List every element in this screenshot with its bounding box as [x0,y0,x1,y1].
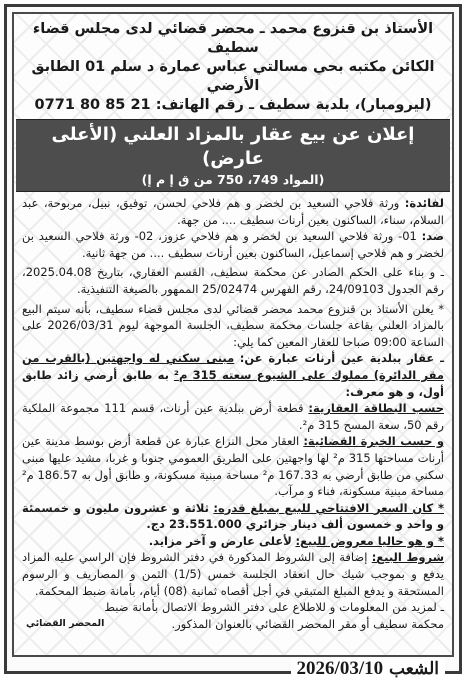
advertisement-frame: الأستاذ بن قنزوع محمد ـ محضر قضائي لدى م… [4,4,462,674]
judgment-paragraph: ـ و بناء على الحكم الصادر عن محكمة سطيف،… [22,264,444,297]
advertisement-content: الأستاذ بن قنزوع محمد ـ محضر قضائي لدى م… [14,14,452,632]
bailiff-name-line: الأستاذ بن قنزوع محمد ـ محضر قضائي لدى م… [22,20,444,58]
newspaper-source: الشعب 2026/03/10 [291,659,445,679]
notice-title: إعلان عن بيع عقار بالمزاد العلني (الأعلى… [20,123,446,171]
beneficiary-label: لفائدة: [405,196,444,210]
beneficiary-text: ورثة فلاحي السعيد بن لخضر و هم فلاحي لحس… [22,196,444,227]
legal-articles-subtitle: (المواد 749، 750 من ق إ م إ) [20,171,446,188]
offered-label: * و هو حاليا معروض للبيع: [295,534,444,548]
price-paragraph: * كان السعر الافتتاحي للبيع بمبلغ قدره: … [22,500,444,533]
price-label: * كان السعر الافتتاحي للبيع بمبلغ قدره: [213,501,444,515]
conditions-label: شروط البيع: [372,550,444,564]
land-registry-paragraph: حسب البطاقة العقارية: قطعة أرض ببلدية عي… [22,400,444,433]
publication-date: 2026/03/10 [297,658,384,679]
against-label: ضد: [422,229,444,243]
land-registry-label: حسب البطاقة العقارية: [308,401,444,415]
newspaper-name: الشعب [389,659,439,679]
bailiff-header: الأستاذ بن قنزوع محمد ـ محضر قضائي لدى م… [22,18,444,115]
against-paragraph: ضد: 01- ورثة فلاحي السعيد بن لخضر و هم ف… [22,228,444,261]
expertise-paragraph: و حسب الخبرة القضائية: العقار محل النزاع… [22,433,444,499]
title-banner: إعلان عن بيع عقار بالمزاد العلني (الأعلى… [16,119,450,192]
offered-paragraph: * و هو حاليا معروض للبيع: لأعلى عارض و آ… [22,533,444,550]
closing-row: ـ لمزيد من المعلومات و للاطلاع على دفتر … [22,599,444,632]
offered-text: لأعلى عارض و آخر مزايد. [149,534,292,548]
property-intro: ـ عقار ببلدية عين أرنات عبارة عن: [240,351,444,365]
office-address-line: الكائن مكتبه بحي مسالتي عباس عمارة د سلم… [22,58,444,96]
property-paragraph: ـ عقار ببلدية عين أرنات عبارة عن: مبنى س… [22,350,444,400]
expertise-label: و حسب الخبرة القضائية: [303,434,444,448]
more-info-paragraph: ـ لمزيد من المعلومات و للاطلاع على دفتر … [104,599,444,632]
advertisement-inner-frame: الأستاذ بن قنزوع محمد ـ محضر قضائي لدى م… [12,12,454,657]
beneficiary-paragraph: لفائدة: ورثة فلاحي السعيد بن لخضر و هم ف… [22,195,444,228]
announcement-paragraph: * يعلن الأستاذ بن قنزوع محمد محضر قضائي … [22,301,444,351]
against-text: 01- ورثة فلاحي السعيد بن لخضر و هم فلاحي… [22,229,444,260]
conditions-paragraph: شروط البيع: إضافة إلى الشروط المذكورة في… [22,549,444,599]
phone-line: (ليرومبار)، بلدية سطيف ـ رقم الهاتف: 21 … [22,96,444,115]
bailiff-signature: المحضر القضائي [22,616,104,632]
